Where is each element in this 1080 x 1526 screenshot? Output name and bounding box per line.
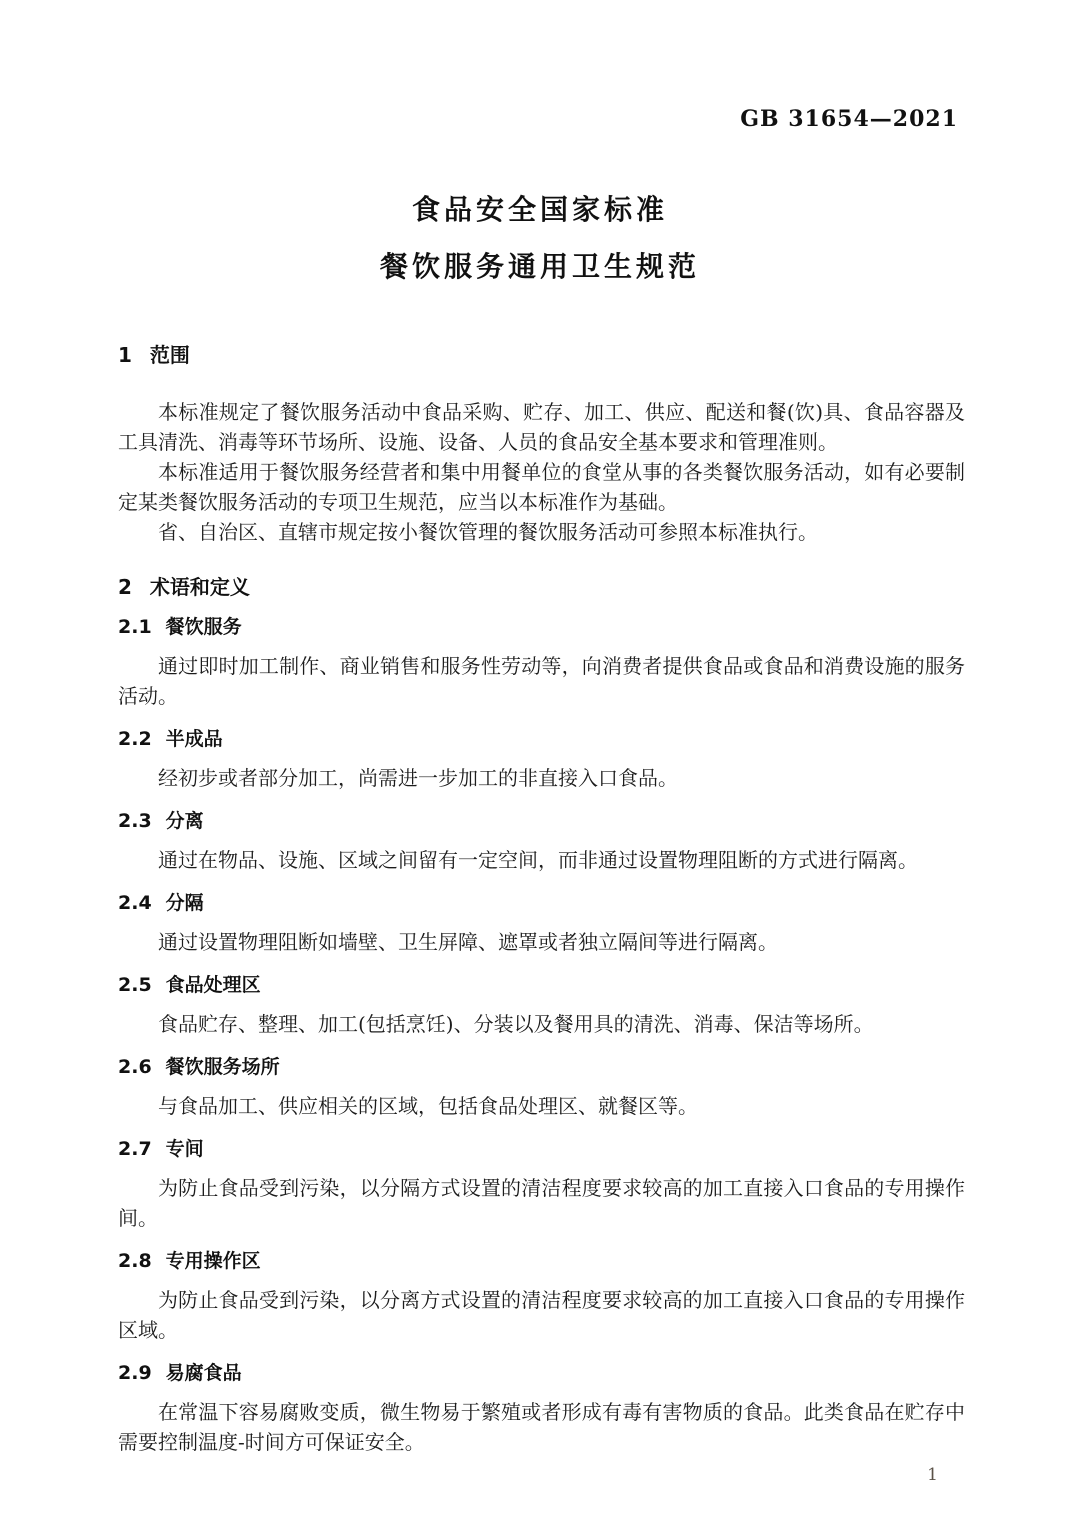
term-definition: 食品贮存、整理、加工(包括烹饪)、分装以及餐用具的清洗、消毒、保洁等场所。 (118, 1009, 965, 1039)
section-title: 术语和定义 (150, 575, 250, 599)
term-number: 2.2 (118, 728, 152, 750)
section-number: 2 (118, 575, 132, 599)
term-heading: 2.2半成品 (118, 727, 965, 751)
term-name: 专间 (166, 1138, 204, 1160)
term-block: 2.6餐饮服务场所 与食品加工、供应相关的区域，包括食品处理区、就餐区等。 (118, 1055, 965, 1121)
term-block: 2.1餐饮服务 通过即时加工制作、商业销售和服务性劳动等，向消费者提供食品或食品… (118, 615, 965, 711)
term-number: 2.9 (118, 1362, 152, 1384)
term-number: 2.8 (118, 1250, 152, 1272)
term-number: 2.7 (118, 1138, 152, 1160)
term-definition: 为防止食品受到污染，以分离方式设置的清洁程度要求较高的加工直接入口食品的专用操作… (118, 1285, 965, 1345)
term-number: 2.4 (118, 892, 152, 914)
term-name: 分离 (166, 810, 204, 832)
section-number: 1 (118, 343, 132, 367)
term-heading: 2.7专间 (118, 1137, 965, 1161)
term-block: 2.7专间 为防止食品受到污染，以分隔方式设置的清洁程度要求较高的加工直接入口食… (118, 1137, 965, 1233)
term-number: 2.1 (118, 616, 152, 638)
term-definition: 通过设置物理阻断如墙壁、卫生屏障、遮罩或者独立隔间等进行隔离。 (118, 927, 965, 957)
document-body: 1范围 本标准规定了餐饮服务活动中食品采购、贮存、加工、供应、配送和餐(饮)具、… (118, 343, 965, 1457)
term-name: 餐饮服务场所 (166, 1056, 280, 1078)
term-block: 2.9易腐食品 在常温下容易腐败变质，微生物易于繁殖或者形成有毒有害物质的食品。… (118, 1361, 965, 1457)
term-name: 半成品 (166, 728, 223, 750)
page-number: 1 (0, 1465, 1080, 1485)
term-definition: 在常温下容易腐败变质，微生物易于繁殖或者形成有毒有害物质的食品。此类食品在贮存中… (118, 1397, 965, 1457)
term-definition: 与食品加工、供应相关的区域，包括食品处理区、就餐区等。 (118, 1091, 965, 1121)
term-block: 2.5食品处理区 食品贮存、整理、加工(包括烹饪)、分装以及餐用具的清洗、消毒、… (118, 973, 965, 1039)
document-page: GB 31654—2021 食品安全国家标准 餐饮服务通用卫生规范 1范围 本标… (0, 0, 1080, 1526)
section-title: 范围 (150, 343, 190, 367)
scope-paragraphs: 本标准规定了餐饮服务活动中食品采购、贮存、加工、供应、配送和餐(饮)具、食品容器… (118, 397, 965, 547)
term-definition: 通过在物品、设施、区域之间留有一定空间，而非通过设置物理阻断的方式进行隔离。 (118, 845, 965, 875)
term-block: 2.3分离 通过在物品、设施、区域之间留有一定空间，而非通过设置物理阻断的方式进… (118, 809, 965, 875)
term-heading: 2.5食品处理区 (118, 973, 965, 997)
section-heading-terms: 2术语和定义 (118, 575, 965, 599)
term-number: 2.5 (118, 974, 152, 996)
scope-paragraph: 省、自治区、直辖市规定按小餐饮管理的餐饮服务活动可参照本标准执行。 (118, 517, 965, 547)
term-block: 2.8专用操作区 为防止食品受到污染，以分离方式设置的清洁程度要求较高的加工直接… (118, 1249, 965, 1345)
term-definition: 为防止食品受到污染，以分隔方式设置的清洁程度要求较高的加工直接入口食品的专用操作… (118, 1173, 965, 1233)
term-definition: 通过即时加工制作、商业销售和服务性劳动等，向消费者提供食品或食品和消费设施的服务… (118, 651, 965, 711)
term-name: 食品处理区 (166, 974, 261, 996)
document-title-line1: 食品安全国家标准 (0, 194, 1080, 226)
scope-paragraph: 本标准规定了餐饮服务活动中食品采购、贮存、加工、供应、配送和餐(饮)具、食品容器… (118, 397, 965, 457)
term-block: 2.4分隔 通过设置物理阻断如墙壁、卫生屏障、遮罩或者独立隔间等进行隔离。 (118, 891, 965, 957)
term-heading: 2.1餐饮服务 (118, 615, 965, 639)
term-heading: 2.4分隔 (118, 891, 965, 915)
term-number: 2.6 (118, 1056, 152, 1078)
term-name: 分隔 (166, 892, 204, 914)
term-heading: 2.9易腐食品 (118, 1361, 965, 1385)
document-title-line2: 餐饮服务通用卫生规范 (0, 251, 1080, 283)
term-name: 易腐食品 (166, 1362, 242, 1384)
scope-paragraph: 本标准适用于餐饮服务经营者和集中用餐单位的食堂从事的各类餐饮服务活动，如有必要制… (118, 457, 965, 517)
term-name: 专用操作区 (166, 1250, 261, 1272)
standard-number: GB 31654—2021 (0, 0, 1080, 130)
term-number: 2.3 (118, 810, 152, 832)
term-definition: 经初步或者部分加工，尚需进一步加工的非直接入口食品。 (118, 763, 965, 793)
term-heading: 2.6餐饮服务场所 (118, 1055, 965, 1079)
term-block: 2.2半成品 经初步或者部分加工，尚需进一步加工的非直接入口食品。 (118, 727, 965, 793)
term-heading: 2.3分离 (118, 809, 965, 833)
section-heading-scope: 1范围 (118, 343, 965, 367)
term-heading: 2.8专用操作区 (118, 1249, 965, 1273)
term-name: 餐饮服务 (166, 616, 242, 638)
